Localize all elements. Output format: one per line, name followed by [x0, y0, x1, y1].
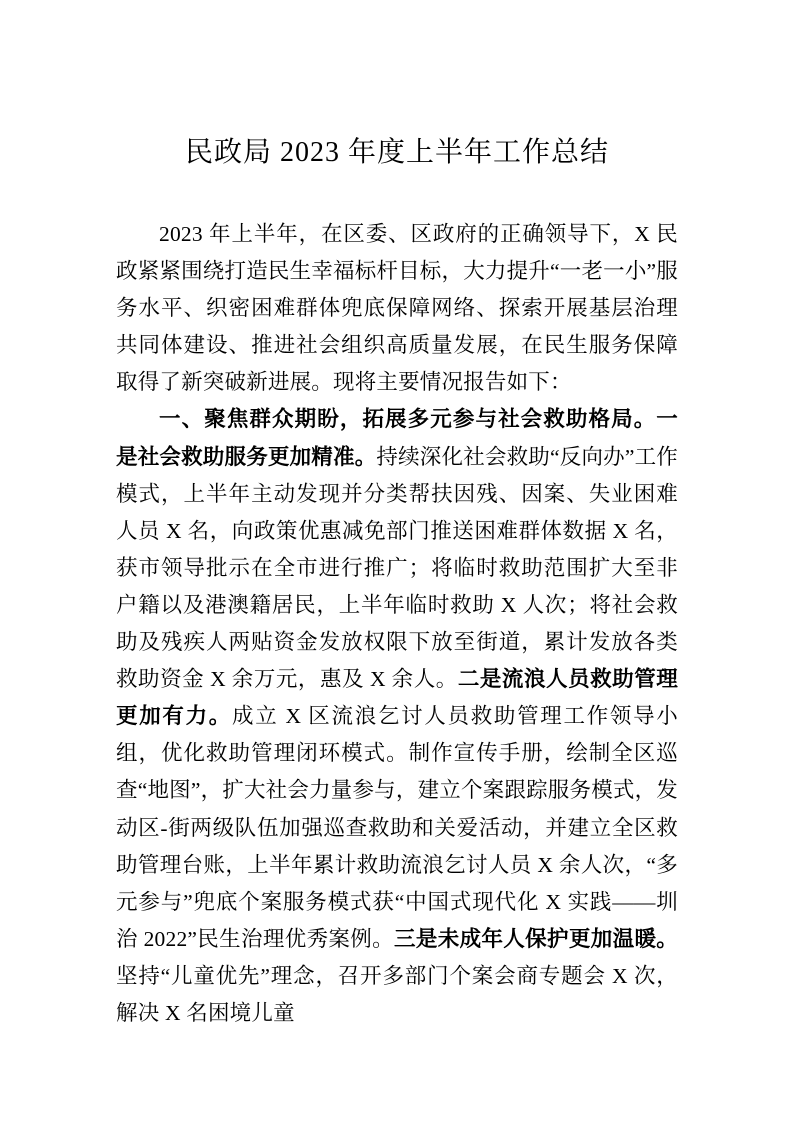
- paragraph: 一、聚焦群众期盼，拓展多元参与社会救助格局。一是社会救助服务更加精准。持续深化社…: [116, 401, 678, 1032]
- text-run: 坚持“儿童优先”理念，召开多部门个案会商专题会 X 次，解决 X 名困境儿童: [116, 964, 678, 1025]
- text-run: 持续深化社会救助“反向办”工作模式，上半年主动发现并分类帮扶因残、因案、失业困难…: [116, 445, 678, 692]
- document-page: 民政局 2023 年度上半年工作总结 2023 年上半年，在区委、区政府的正确领…: [0, 0, 793, 1122]
- text-run: 2023 年上半年，在区委、区政府的正确领导下，X 民政紧紧围绕打造民生幸福标杆…: [116, 222, 678, 394]
- bold-text-run: 三是未成年人保护更加温暖。: [394, 927, 678, 951]
- text-run: 成立 X 区流浪乞讨人员救助管理工作领导小组，优化救助管理闭环模式。制作宣传手册…: [116, 704, 678, 951]
- paragraph: 2023 年上半年，在区委、区政府的正确领导下，X 民政紧紧围绕打造民生幸福标杆…: [116, 216, 678, 401]
- document-body: 2023 年上半年，在区委、区政府的正确领导下，X 民政紧紧围绕打造民生幸福标杆…: [116, 216, 678, 1032]
- document-title: 民政局 2023 年度上半年工作总结: [116, 132, 678, 174]
